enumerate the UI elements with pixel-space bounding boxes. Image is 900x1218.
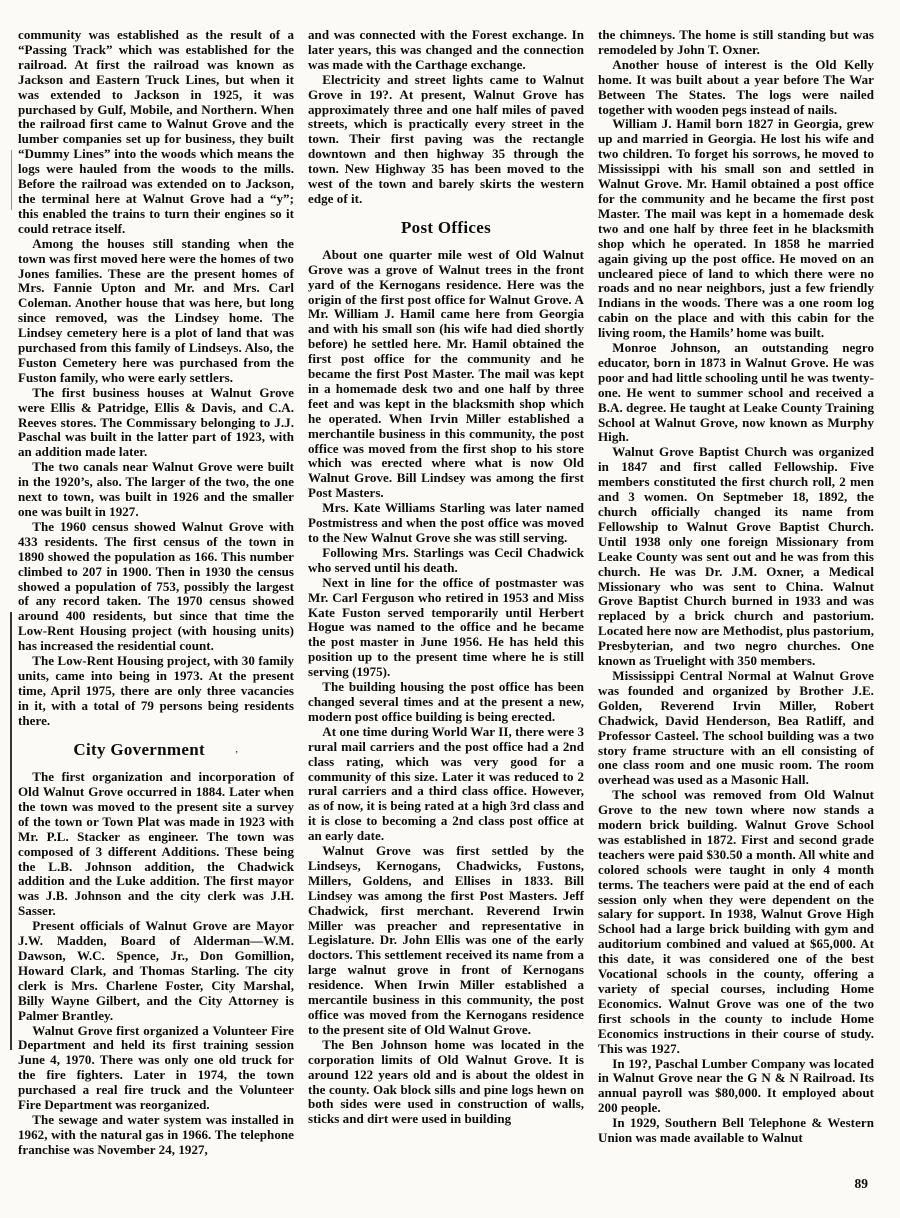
paragraph: About one quarter mile west of Old Walnu…: [308, 248, 584, 501]
scan-artifact-line-small: [11, 150, 12, 210]
paragraph: The two canals near Walnut Grove were bu…: [18, 460, 294, 520]
paragraph: Mrs. Kate Williams Starling was later na…: [308, 501, 584, 546]
paragraph: Present officials of Walnut Grove are Ma…: [18, 919, 294, 1023]
column-2: and was connected with the Forest exchan…: [308, 28, 584, 1158]
paragraph: The first business houses at Walnut Grov…: [18, 386, 294, 461]
section-heading: City Government‚: [18, 743, 294, 759]
book-page: community was established as the result …: [0, 0, 900, 1218]
paragraph: Among the houses still standing when the…: [18, 237, 294, 386]
paragraph: Mississippi Central Normal at Walnut Gro…: [598, 669, 874, 788]
paragraph: Electricity and street lights came to Wa…: [308, 73, 584, 207]
paragraph: Walnut Grove Baptist Church was organize…: [598, 445, 874, 669]
paragraph: Following Mrs. Starlings was Cecil Chadw…: [308, 546, 584, 576]
paragraph: Next in line for the office of postmaste…: [308, 576, 584, 680]
columns: community was established as the result …: [0, 0, 900, 1158]
paragraph: The 1960 census showed Walnut Grove with…: [18, 520, 294, 654]
paragraph: Walnut Grove first organized a Volunteer…: [18, 1024, 294, 1113]
paragraph: community was established as the result …: [18, 28, 294, 237]
paragraph: The first organization and incorporation…: [18, 770, 294, 919]
paragraph: William J. Hamil born 1827 in Georgia, g…: [598, 117, 874, 341]
paragraph: The Ben Johnson home was located in the …: [308, 1038, 584, 1127]
paragraph: the chimneys. The home is still standing…: [598, 28, 874, 58]
paragraph: At one time during World War II, there w…: [308, 725, 584, 844]
paragraph: In 19?, Paschal Lumber Company was locat…: [598, 1057, 874, 1117]
paragraph: The Low-Rent Housing project, with 30 fa…: [18, 654, 294, 729]
paragraph: and was connected with the Forest exchan…: [308, 28, 584, 73]
paragraph: The school was removed from Old Walnut G…: [598, 788, 874, 1056]
paragraph: In 1929, Southern Bell Telephone & Weste…: [598, 1116, 874, 1146]
scan-artifact-line: [10, 612, 12, 1050]
column-3: the chimneys. The home is still standing…: [598, 28, 874, 1158]
paragraph: The sewage and water system was installe…: [18, 1113, 294, 1158]
section-heading: Post Offices: [308, 221, 584, 236]
print-artifact-mark: ‚: [235, 744, 239, 755]
paragraph: The building housing the post office has…: [308, 680, 584, 725]
paragraph: Walnut Grove was first settled by the Li…: [308, 844, 584, 1038]
paragraph: Monroe Johnson, an outstanding negro edu…: [598, 341, 874, 445]
paragraph: Another house of interest is the Old Kel…: [598, 58, 874, 118]
page-number: 89: [855, 1176, 869, 1192]
column-1: community was established as the result …: [18, 28, 294, 1158]
